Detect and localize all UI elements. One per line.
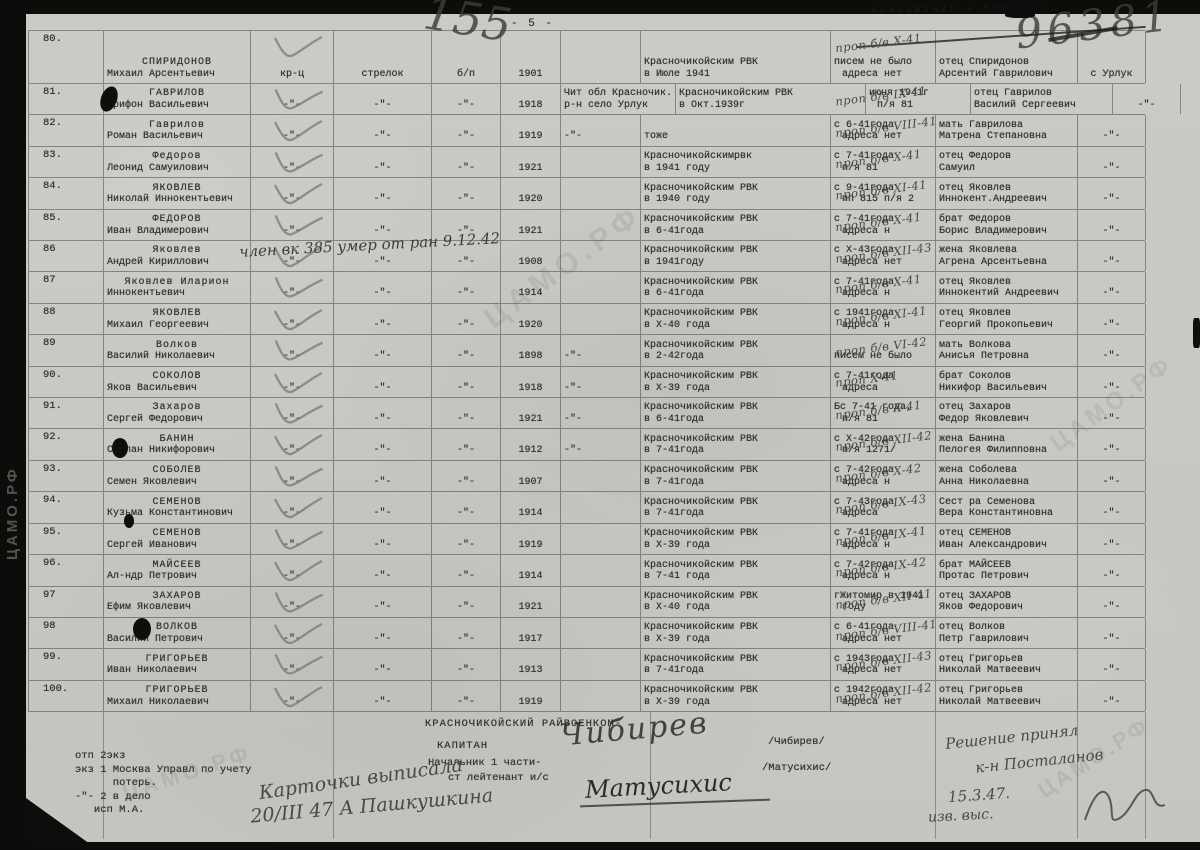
paper-damage-spot — [1005, 12, 1035, 18]
relative-line1: отец Федоров — [939, 151, 1074, 163]
official-rank: КАПИТАН — [437, 740, 488, 752]
row-number: 85. — [29, 210, 104, 240]
relatives-cell: мать Гаврилова Матрена Степановна — [936, 115, 1078, 145]
birthplace-cell — [561, 618, 641, 648]
typed-name-chibirev: /Чибирев/ — [768, 736, 825, 748]
birth-year-cell: 1914 — [501, 272, 561, 302]
address-cell: -"- — [1078, 492, 1146, 522]
party-cell: -"- — [432, 304, 501, 334]
name-cell: СОКОЛОВ Яков Васильевич — [104, 367, 251, 397]
draft-rvk-line1: Красночикойским РВК — [644, 654, 827, 666]
name-cell: СПИРИДОНОВ Михаил Арсентьевич — [104, 31, 251, 83]
given-names: Сергей Иванович — [107, 540, 247, 552]
draft-rvk-line2: в 1941году — [644, 257, 827, 269]
birthplace-cell: -"- — [561, 398, 641, 428]
relative-line1: брат Соколов — [939, 371, 1074, 383]
birthplace-cell — [561, 241, 641, 271]
party-cell: -"- — [432, 178, 501, 208]
draft-rvk-cell: Красночикойским РВК в X-39 года — [641, 524, 831, 554]
relative-line2: Протас Петрович — [939, 571, 1074, 583]
specialty-cell: -"- — [334, 524, 432, 554]
relative-line2: Яков Федорович — [939, 602, 1074, 614]
surname: СЕМЕНОВ — [107, 497, 247, 509]
draft-rvk-line1: Красночикойским РВК — [644, 340, 827, 352]
party-cell: -"- — [432, 618, 501, 648]
row-number: 81. — [29, 84, 104, 114]
party-cell: -"- — [432, 524, 501, 554]
draft-rvk-line2: в X-39 года — [644, 383, 827, 395]
draft-rvk-line1: Красночикойскимрвк — [644, 151, 827, 163]
given-names: Ал-ндр Петрович — [107, 571, 247, 583]
surname: ВОЛКОВ — [107, 622, 247, 634]
specialty-cell: -"- — [334, 335, 432, 365]
paper-damage-spot — [1193, 318, 1200, 348]
party-cell: -"- — [432, 115, 501, 145]
given-names: Василий Петрович — [107, 634, 247, 646]
row-number: 86 — [29, 241, 104, 271]
specialty-cell: -"- — [334, 84, 432, 114]
table-row: 90. СОКОЛОВ Яков Васильевич -"- -"- -"- … — [29, 367, 1145, 398]
draft-rvk-cell: Красночикойским РВК в 1941году — [641, 241, 831, 271]
draft-rvk-line1: Красночикойским РВК — [644, 183, 827, 195]
address-cell: -"- — [1078, 210, 1146, 240]
birthplace-line1: -"- — [564, 414, 637, 426]
birth-year-cell: 1921 — [501, 147, 561, 177]
name-cell: Захаров Сергей Федорович — [104, 398, 251, 428]
table-row: 89 Волков Василий Николаевич -"- -"- -"-… — [29, 335, 1145, 366]
surname: Гаврилов — [107, 120, 247, 132]
specialty-cell: -"- — [334, 178, 432, 208]
name-cell: ФЕДОРОВ Иван Владимерович — [104, 210, 251, 240]
table-row: 95. СЕМЕНОВ Сергей Иванович -"- -"- -"- … — [29, 524, 1145, 555]
pencil-checkmark-icon — [272, 621, 324, 647]
row-number: 84. — [29, 178, 104, 208]
pencil-checkmark-icon — [271, 148, 325, 178]
draft-rvk-line1: Красночикойским РВК — [644, 528, 827, 540]
table-row: 97 ЗАХАРОВ Ефим Яковлевич -"- -"- -"- 19… — [29, 587, 1145, 618]
row-number: 83. — [29, 147, 104, 177]
row-number: 89 — [29, 335, 104, 365]
pencil-checkmark-icon — [272, 432, 324, 458]
party-cell: -"- — [432, 492, 501, 522]
surname: ГАВРИЛОВ — [107, 88, 247, 100]
given-names: Андрей Кириллович — [107, 257, 247, 269]
pencil-checkmark-icon — [272, 118, 324, 144]
row-number: 98 — [29, 618, 104, 648]
party-cell: -"- — [432, 335, 501, 365]
relatives-cell: отец Захаров Федор Яковлевич — [936, 398, 1078, 428]
birthplace-cell: -"- — [561, 115, 641, 145]
birthplace-line1: -"- — [564, 351, 637, 363]
birth-year-cell: 1914 — [501, 555, 561, 585]
relative-line2: Николай Матвеевич — [939, 697, 1074, 709]
party-cell: -"- — [432, 461, 501, 491]
draft-rvk-line1: Красночикойским РВК — [644, 308, 827, 320]
row-number: 90. — [29, 367, 104, 397]
table-row: 98 ВОЛКОВ Василий Петрович -"- -"- -"- 1… — [29, 618, 1145, 649]
draft-rvk-line2: в 7-41года — [644, 665, 827, 677]
relative-line1: мать Волкова — [939, 340, 1074, 352]
surname: Федоров — [107, 151, 247, 163]
draft-rvk-line1: Красночикойским РВК — [644, 685, 827, 697]
address-cell: -"- — [1078, 178, 1146, 208]
draft-rvk-cell: Красночикойским РВК в 2-42года — [641, 335, 831, 365]
last-letter-line2: адреса нет — [834, 69, 932, 81]
table-row: 94. СЕМЕНОВ Кузьма Константинович -"- -"… — [29, 492, 1145, 523]
pencil-checkmark-icon — [271, 462, 325, 492]
draft-rvk-line1: Красночикойским РВК — [644, 560, 827, 572]
birthplace-cell — [561, 524, 641, 554]
given-names: Иван Владимерович — [107, 226, 247, 238]
name-cell: ЯКОВЛЕВ Николай Иннокентьевич — [104, 178, 251, 208]
specialty-cell: -"- — [334, 555, 432, 585]
given-names: Иннокентьевич — [107, 288, 247, 300]
surname: ФЕДОРОВ — [107, 214, 247, 226]
party-cell: -"- — [432, 147, 501, 177]
given-names: Яков Васильевич — [107, 383, 247, 395]
draft-rvk-line2: в X-39 года — [644, 634, 827, 646]
birthplace-line2: р-н село Урлук — [564, 100, 672, 112]
draft-rvk-line1: Красночикойским РВК — [644, 465, 827, 477]
relatives-cell: отец Гаврилов Василий Сергеевич — [971, 84, 1113, 114]
pencil-checkmark-icon — [272, 495, 324, 521]
birth-year-cell: 1914 — [501, 492, 561, 522]
address-cell: -"- — [1078, 524, 1146, 554]
pencil-checkmark-icon — [272, 558, 324, 584]
address-cell: -"- — [1078, 618, 1146, 648]
address-cell: -"- — [1078, 367, 1146, 397]
address-cell: -"- — [1078, 681, 1146, 711]
paper-damage-spot — [133, 618, 151, 640]
surname: Волков — [107, 340, 247, 352]
table-row: 84. ЯКОВЛЕВ Николай Иннокентьевич -"- -"… — [29, 178, 1145, 209]
row-number: 92. — [29, 429, 104, 459]
surname: МАЙСЕЕВ — [107, 560, 247, 572]
stamp-text: ПРИЛОЖЕНИЕ к № — [872, 4, 993, 16]
name-cell: Волков Василий Николаевич — [104, 335, 251, 365]
draft-rvk-line1: Красночикойским РВК — [644, 245, 827, 257]
relative-line1: брат МАЙСЕЕВ — [939, 560, 1074, 572]
paper-damage-spot — [112, 438, 128, 458]
address-cell: -"- — [1078, 272, 1146, 302]
relative-line1: отец Яковлев — [939, 308, 1074, 320]
typed-name-matusikhis: /Матусихис/ — [762, 762, 831, 774]
pencil-checkmark-icon — [272, 370, 324, 396]
surname: Яковлев — [107, 245, 247, 257]
birth-year-cell: 1912 — [501, 429, 561, 459]
birth-year-cell: 1919 — [501, 681, 561, 711]
signature-flourish — [1080, 780, 1170, 830]
draft-rvk-line2: в X-40 года — [644, 320, 827, 332]
relative-line1: отец Захаров — [939, 402, 1074, 414]
relative-line2: Арсентий Гаврилович — [939, 69, 1074, 81]
specialty-cell: -"- — [334, 587, 432, 617]
party-cell: -"- — [432, 398, 501, 428]
relatives-cell: Сест ра Семенова Вера Константиновна — [936, 492, 1078, 522]
relative-line1: отец ЗАХАРОВ — [939, 591, 1074, 603]
given-names: Николай Иннокентьевич — [107, 194, 247, 206]
party-cell: -"- — [432, 587, 501, 617]
record-table: 80. СПИРИДОНОВ Михаил Арсентьевич кр-ц с… — [28, 30, 1145, 712]
draft-rvk-line1: Красночикойским РВК — [644, 434, 827, 446]
birthplace-cell — [561, 304, 641, 334]
given-names: Роман Васильевич — [107, 131, 247, 143]
specialty-cell: -"- — [334, 429, 432, 459]
birthplace-cell — [561, 461, 641, 491]
row-number: 100. — [29, 681, 104, 711]
table-row: 93. СОБОЛЕВ Семен Яковлевич -"- -"- -"- … — [29, 461, 1145, 492]
name-cell: СЕМЕНОВ Сергей Иванович — [104, 524, 251, 554]
row-number: 97 — [29, 587, 104, 617]
relative-line2: Петр Гаврилович — [939, 634, 1074, 646]
specialty-cell: -"- — [334, 461, 432, 491]
relative-line2: Федор Яковлевич — [939, 414, 1074, 426]
surname: СПИРИДОНОВ — [107, 57, 247, 69]
draft-rvk-cell: Красночикойским РВК в 1940 году — [641, 178, 831, 208]
specialty-cell: -"- — [334, 398, 432, 428]
name-cell: ГАВРИЛОВ Трифон Васильевич — [104, 84, 251, 114]
surname: ЗАХАРОВ — [107, 591, 247, 603]
relative-line2: Иннокент.Андреевич — [939, 194, 1074, 206]
birth-year-cell: 1907 — [501, 461, 561, 491]
surname: СОКОЛОВ — [107, 371, 247, 383]
address-cell: -"- — [1078, 147, 1146, 177]
relatives-cell: отец Григорьев Николай Матвеевич — [936, 681, 1078, 711]
draft-rvk-cell: Красночикойским РВК в 7-41года — [641, 429, 831, 459]
draft-rvk-line2: в 7-41года — [644, 445, 827, 457]
birthplace-cell — [561, 587, 641, 617]
name-cell: Гаврилов Роман Васильевич — [104, 115, 251, 145]
given-names: Михаил Николаевич — [107, 697, 247, 709]
table-row: 91. Захаров Сергей Федорович -"- -"- -"-… — [29, 398, 1145, 429]
birth-year-cell: 1921 — [501, 587, 561, 617]
surname: ГРИГОРЬЕВ — [107, 654, 247, 666]
draft-rvk-cell: тоже — [641, 115, 831, 145]
given-names: Семен Яковлевич — [107, 477, 247, 489]
address-cell: -"- — [1078, 429, 1146, 459]
draft-rvk-line1: Красночикойским РВК — [644, 591, 827, 603]
row-number: 88 — [29, 304, 104, 334]
draft-rvk-line2: в 1940 году — [644, 194, 827, 206]
birthplace-cell — [561, 492, 641, 522]
relative-line1: отец Волков — [939, 622, 1074, 634]
draft-rvk-cell: Красночикойским РВК в X-39 года — [641, 681, 831, 711]
birthplace-cell — [561, 649, 641, 679]
relatives-cell: отец ЗАХАРОВ Яков Федорович — [936, 587, 1078, 617]
draft-rvk-cell: Красночикойским РВК в 6-41года — [641, 272, 831, 302]
relative-line2: Самуил — [939, 163, 1074, 175]
decision-note-line4: изв. выс. — [928, 806, 994, 825]
relative-line1: отец Яковлев — [939, 277, 1074, 289]
pencil-checkmark-icon — [271, 211, 325, 241]
given-names: Сергей Федорович — [107, 414, 247, 426]
name-cell: ГРИГОРЬЕВ Иван Николаевич — [104, 649, 251, 679]
specialty-cell: -"- — [334, 681, 432, 711]
birth-year-cell: 1918 — [501, 367, 561, 397]
name-cell: Яковлев Андрей Кириллович — [104, 241, 251, 271]
relative-line2: Анна Николаевна — [939, 477, 1074, 489]
relatives-cell: жена Банина Пелогея Филипповна — [936, 429, 1078, 459]
birth-year-cell: 1919 — [501, 524, 561, 554]
draft-rvk-cell: Красночикойским РВК в 6-41года — [641, 398, 831, 428]
surname: СЕМЕНОВ — [107, 528, 247, 540]
table-row: 85. ФЕДОРОВ Иван Владимерович -"- -"- -"… — [29, 210, 1145, 241]
pencil-checkmark-icon — [272, 34, 324, 60]
pencil-checkmark-icon — [272, 181, 324, 207]
draft-rvk-cell: Красночикойским РВК в X-39 года — [641, 618, 831, 648]
relatives-cell: мать Волкова Анисья Петровна — [936, 335, 1078, 365]
table-row: 88 ЯКОВЛЕВ Михаил Георгеевич -"- -"- -"-… — [29, 304, 1145, 335]
table-row: 96. МАЙСЕЕВ Ал-ндр Петрович -"- -"- -"- … — [29, 555, 1145, 586]
name-cell: СОБОЛЕВ Семен Яковлевич — [104, 461, 251, 491]
relative-line1: жена Банина — [939, 434, 1074, 446]
row-number: 99. — [29, 649, 104, 679]
name-cell: ЯКОВЛЕВ Михаил Георгеевич — [104, 304, 251, 334]
birthplace-cell — [561, 681, 641, 711]
birth-year-cell: 1917 — [501, 618, 561, 648]
draft-rvk-cell: Красночикойским РВК в 7-41года — [641, 461, 831, 491]
draft-rvk-line2: в 2-42года — [644, 351, 827, 363]
party-cell: -"- — [432, 272, 501, 302]
address-cell: -"- — [1078, 115, 1146, 145]
draft-rvk-cell: Красночикойским РВК в Июле 1941 — [641, 31, 831, 83]
given-names: Степан Никифорович — [107, 445, 247, 457]
draft-rvk-line2: в 6-41года — [644, 226, 827, 238]
draft-rvk-line2: в X-39 года — [644, 540, 827, 552]
relative-line2: Георгий Прокопьевич — [939, 320, 1074, 332]
draft-rvk-line2: в 7-41года — [644, 508, 827, 520]
relative-line1: мать Гаврилова — [939, 120, 1074, 132]
relative-line1: жена Соболева — [939, 465, 1074, 477]
relative-line2: Василий Сергеевич — [974, 100, 1109, 112]
address-cell: -"- — [1078, 304, 1146, 334]
relatives-cell: отец Волков Петр Гаврилович — [936, 618, 1078, 648]
address-cell: -"- — [1078, 587, 1146, 617]
birthplace-cell — [561, 555, 641, 585]
name-cell: Федоров Леонид Самуилович — [104, 147, 251, 177]
draft-rvk-cell: Красночикойским РВК в 7-41 года — [641, 555, 831, 585]
draft-rvk-line2: в 6-41года — [644, 414, 827, 426]
relative-line2: Иннокентий Андреевич — [939, 288, 1074, 300]
archive-watermark: ЦАМО.РФ — [4, 466, 21, 560]
pencil-checkmark-icon — [272, 307, 324, 333]
relative-line1: отец Григорьев — [939, 685, 1074, 697]
birthplace-cell — [561, 147, 641, 177]
row-number: 91. — [29, 398, 104, 428]
pencil-checkmark-icon — [271, 336, 325, 366]
birthplace-cell: -"- — [561, 367, 641, 397]
name-cell: ГРИГОРЬЕВ Михаил Николаевич — [104, 681, 251, 711]
relative-line2: Никифор Васильевич — [939, 383, 1074, 395]
birthplace-line1: -"- — [564, 131, 637, 143]
relatives-cell: брат МАЙСЕЕВ Протас Петрович — [936, 555, 1078, 585]
birth-year-cell: 1920 — [501, 178, 561, 208]
draft-rvk-line2: в X-39 года — [644, 697, 827, 709]
relatives-cell: отец Григорьев Николай Матвеевич — [936, 649, 1078, 679]
address-cell: -"- — [1078, 649, 1146, 679]
relative-line2: Агрена Арсентьевна — [939, 257, 1074, 269]
birthplace-cell — [561, 210, 641, 240]
relatives-cell: отец Яковлев Иннокентий Андреевич — [936, 272, 1078, 302]
relative-line2: Иван Александрович — [939, 540, 1074, 552]
relative-line2: Анисья Петровна — [939, 351, 1074, 363]
row-number: 80. — [29, 31, 104, 83]
birth-year-cell: 1913 — [501, 649, 561, 679]
surname: СОБОЛЕВ — [107, 465, 247, 477]
table-row: 86 Яковлев Андрей Кириллович -"- -"- -"-… — [29, 241, 1145, 272]
draft-rvk-cell: Красночикойским РВК в 7-41года — [641, 649, 831, 679]
distribution-note: отп 2экз экз 1 Москва Управл по учету по… — [75, 750, 251, 818]
relative-line1: Сест ра Семенова — [939, 497, 1074, 509]
last-letter-line1: писем не было — [834, 57, 932, 69]
row-number: 87 — [29, 272, 104, 302]
surname: ЯКОВЛЕВ — [107, 308, 247, 320]
draft-rvk-line1: Красночикойским РВК — [644, 622, 827, 634]
specialty-cell: -"- — [334, 618, 432, 648]
given-names: Михаил Георгеевич — [107, 320, 247, 332]
draft-rvk-line1: Красночикойским РВК — [644, 371, 827, 383]
draft-rvk-line1: Красночикойским РВК — [644, 402, 827, 414]
draft-rvk-line2: в 6-41года — [644, 288, 827, 300]
relative-line1: отец Гаврилов — [974, 88, 1109, 100]
draft-rvk-line2: в X-40 года — [644, 602, 827, 614]
relative-line1: брат Федоров — [939, 214, 1074, 226]
birth-year-cell: 1898 — [501, 335, 561, 365]
relative-line1: отец Спиридонов — [939, 57, 1074, 69]
table-row: 83. Федоров Леонид Самуилович -"- -"- -"… — [29, 147, 1145, 178]
surname: Захаров — [107, 402, 247, 414]
row-number: 96. — [29, 555, 104, 585]
relatives-cell: отец Яковлев Иннокент.Андреевич — [936, 178, 1078, 208]
name-cell: ЗАХАРОВ Ефим Яковлевич — [104, 587, 251, 617]
draft-rvk-line2: в 7-41года — [644, 477, 827, 489]
table-row: 87 Яковлев Иларион Иннокентьевич -"- -"-… — [29, 272, 1145, 303]
pencil-checkmark-icon — [272, 684, 324, 710]
pencil-checkmark-icon — [271, 274, 325, 304]
paper-damage-spot — [124, 514, 134, 528]
given-names: Михаил Арсентьевич — [107, 69, 247, 81]
draft-rvk-cell: Красночикойским РВК в X-40 года — [641, 304, 831, 334]
draft-rvk-cell: Красночикойским РВК в 6-41года — [641, 210, 831, 240]
birth-year-cell: 1921 — [501, 398, 561, 428]
birth-year-cell: 1901 — [501, 31, 561, 83]
specialty-cell: стрелок — [334, 31, 432, 83]
birth-year-cell: 1920 — [501, 304, 561, 334]
relatives-cell: жена Яковлева Агрена Арсентьевна — [936, 241, 1078, 271]
surname: БАНИН — [107, 434, 247, 446]
address-cell: -"- — [1078, 241, 1146, 271]
given-names: Трифон Васильевич — [107, 100, 247, 112]
birthplace-cell — [561, 178, 641, 208]
birth-year-cell: 1919 — [501, 115, 561, 145]
draft-rvk-cell: Красночикойским РВК в X-40 года — [641, 587, 831, 617]
page-number: - 5 - — [511, 18, 554, 30]
specialty-cell: -"- — [334, 272, 432, 302]
birth-year-cell: 1908 — [501, 241, 561, 271]
relative-line1: отец Григорьев — [939, 654, 1074, 666]
draft-rvk-line1: Красночикойским РВК — [644, 277, 827, 289]
surname: Яковлев Иларион — [107, 277, 247, 289]
surname: ГРИГОРЬЕВ — [107, 685, 247, 697]
relatives-cell: отец Федоров Самуил — [936, 147, 1078, 177]
address-cell: -"- — [1078, 335, 1146, 365]
birthplace-cell — [561, 31, 641, 83]
relatives-cell: отец СЕМЕНОВ Иван Александрович — [936, 524, 1078, 554]
party-cell: -"- — [432, 367, 501, 397]
birthplace-cell — [561, 272, 641, 302]
table-row: 81. ГАВРИЛОВ Трифон Васильевич -"- -"- -… — [29, 84, 1145, 115]
name-cell: ВОЛКОВ Василий Петрович — [104, 618, 251, 648]
